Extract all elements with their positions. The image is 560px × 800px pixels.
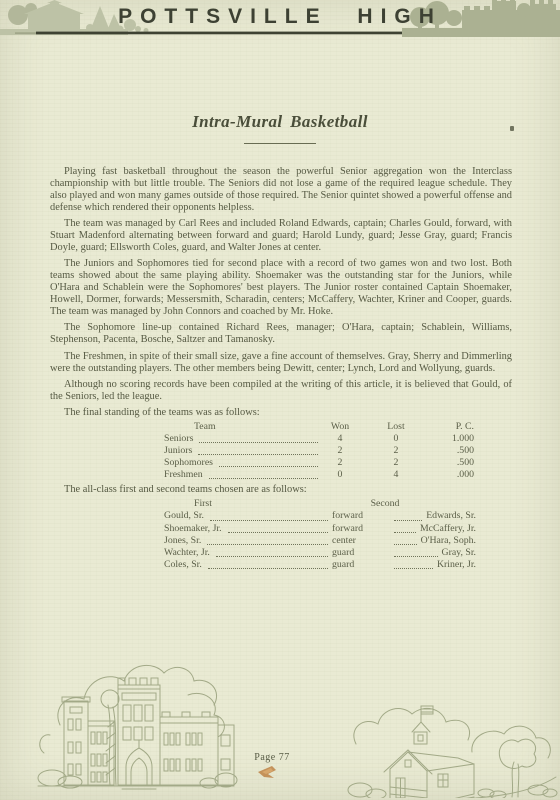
position-label: guard xyxy=(332,559,388,571)
second-team-player: O'Hara, Soph. xyxy=(421,535,476,547)
position-label: guard xyxy=(332,547,388,559)
yearbook-page: POTTSVILLE HIGH Intra-Mural Basketball P… xyxy=(0,0,560,800)
paragraph: The Sophomore line-up contained Richard … xyxy=(50,322,512,346)
paragraph: Playing fast basketball throughout the s… xyxy=(50,166,512,214)
standings-table: Team Won Lost P. C. Seniors 4 0 1.000 Ju… xyxy=(164,421,476,481)
position-label: forward xyxy=(332,510,388,522)
second-team-player: Edwards, Sr. xyxy=(426,510,476,522)
team-name: Juniors xyxy=(164,445,192,457)
ink-smudge xyxy=(256,764,282,782)
first-team-player: Jones, Sr. xyxy=(164,535,201,547)
standings-col-team: Team xyxy=(164,421,322,433)
position-label: center xyxy=(332,535,388,547)
pc-value: 1.000 xyxy=(434,433,476,445)
table-row: Jones, Sr. center O'Hara, Soph. xyxy=(164,535,476,547)
dot-leader xyxy=(207,544,328,545)
allclass-col-first: First xyxy=(164,498,332,510)
dot-leader xyxy=(219,466,318,467)
dot-leader xyxy=(198,454,318,455)
paragraph: The team was managed by Carl Rees and in… xyxy=(50,218,512,254)
allclass-table: First Second Gould, Sr. forward Edwards,… xyxy=(164,498,476,571)
won-value: 0 xyxy=(322,469,358,481)
dot-leader xyxy=(394,532,416,533)
team-name: Sophomores xyxy=(164,457,213,469)
dot-leader xyxy=(394,544,417,545)
second-team-player: Gray, Sr. xyxy=(442,547,476,559)
position-label: forward xyxy=(332,523,388,535)
table-row: Shoemaker, Jr. forward McCaffery, Jr. xyxy=(164,523,476,535)
won-value: 2 xyxy=(322,445,358,457)
standings-header-row: Team Won Lost P. C. xyxy=(164,421,476,433)
school-building-sketch xyxy=(30,655,240,797)
lost-value: 2 xyxy=(358,457,434,469)
first-team-player: Coles, Sr. xyxy=(164,559,202,571)
paragraph: The Freshmen, in spite of their small si… xyxy=(50,351,512,375)
page-header: POTTSVILLE HIGH xyxy=(0,0,560,46)
table-row: Sophomores 2 2 .500 xyxy=(164,457,476,469)
dot-leader xyxy=(394,556,438,557)
lost-value: 0 xyxy=(358,433,434,445)
table-row: Coles, Sr. guard Kriner, Jr. xyxy=(164,559,476,571)
standings-col-won: Won xyxy=(322,421,358,433)
article: Intra-Mural Basketball Playing fast bask… xyxy=(0,46,560,571)
page-number: Page 77 xyxy=(222,752,322,763)
dot-leader xyxy=(199,442,318,443)
team-name: Freshmen xyxy=(164,469,203,481)
dot-leader xyxy=(394,568,433,569)
pc-value: .000 xyxy=(434,469,476,481)
article-body: Playing fast basketball throughout the s… xyxy=(50,166,512,571)
standings-col-pc: P. C. xyxy=(434,421,476,433)
dot-leader xyxy=(210,520,328,521)
pc-value: .500 xyxy=(434,457,476,469)
pc-value: .500 xyxy=(434,445,476,457)
allclass-intro: The all-class first and second teams cho… xyxy=(50,484,512,496)
won-value: 2 xyxy=(322,457,358,469)
table-row: Wachter, Jr. guard Gray, Sr. xyxy=(164,547,476,559)
second-team-player: Kriner, Jr. xyxy=(437,559,476,571)
allclass-col-second: Second xyxy=(332,498,476,510)
lost-value: 2 xyxy=(358,445,434,457)
standings-intro: The final standing of the teams was as f… xyxy=(50,407,512,419)
paragraph: Although no scoring records have been co… xyxy=(50,379,512,403)
first-team-player: Gould, Sr. xyxy=(164,510,204,522)
team-name: Seniors xyxy=(164,433,193,445)
dot-leader xyxy=(394,520,422,521)
lost-value: 4 xyxy=(358,469,434,481)
allclass-header-row: First Second xyxy=(164,498,476,510)
standings-col-lost: Lost xyxy=(358,421,434,433)
won-value: 4 xyxy=(322,433,358,445)
dot-leader xyxy=(216,556,328,557)
title-rule xyxy=(244,143,316,144)
table-row: Juniors 2 2 .500 xyxy=(164,445,476,457)
article-title: Intra-Mural Basketball xyxy=(0,112,560,132)
first-team-player: Wachter, Jr. xyxy=(164,547,210,559)
table-row: Freshmen 0 4 .000 xyxy=(164,469,476,481)
first-team-player: Shoemaker, Jr. xyxy=(164,523,222,535)
dot-leader xyxy=(228,532,328,533)
dot-leader xyxy=(208,568,328,569)
paragraph: The Juniors and Sophomores tied for seco… xyxy=(50,258,512,318)
table-row: Seniors 4 0 1.000 xyxy=(164,433,476,445)
school-name: POTTSVILLE HIGH xyxy=(0,5,560,29)
dot-leader xyxy=(209,478,318,479)
schoolhouse-sketch xyxy=(326,666,558,798)
table-row: Gould, Sr. forward Edwards, Sr. xyxy=(164,510,476,522)
second-team-player: McCaffery, Jr. xyxy=(420,523,476,535)
